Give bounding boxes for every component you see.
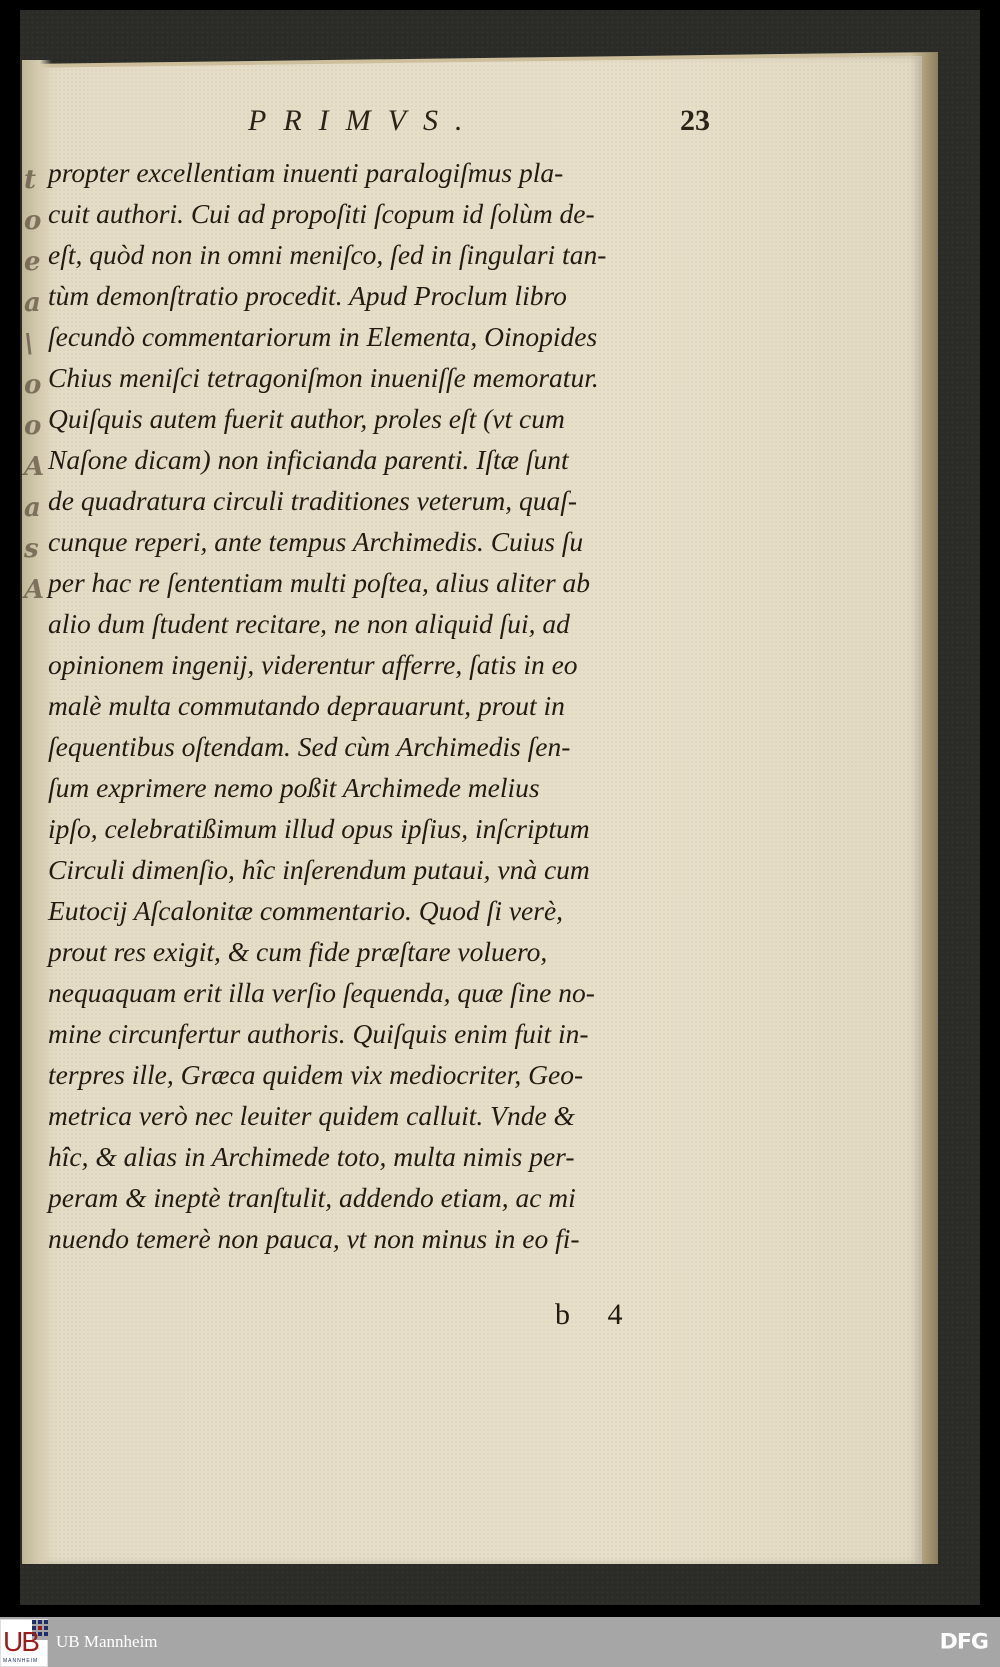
body-text: propter excellentiam inuenti paralogiſmu… — [48, 152, 748, 1259]
text-line: Quiſquis autem fuerit author, proles eſt… — [48, 398, 748, 439]
text-line: Circuli dimenſio, hîc inſerendum putaui,… — [48, 849, 748, 890]
running-head: PRIMVS. — [248, 104, 508, 138]
text-line: nequaquam erit illa verſio ſequenda, quæ… — [48, 972, 748, 1013]
institution-name[interactable]: UB Mannheim — [56, 1632, 158, 1652]
text-line: ſum exprimere nemo poßit Archimede meliu… — [48, 767, 748, 808]
text-line: de quadratura circuli traditiones veteru… — [48, 480, 748, 521]
text-line: alio dum ſtudent recitare, ne non aliqui… — [48, 603, 748, 644]
logo-subtext: MANNHEIM — [3, 1658, 38, 1664]
text-line: ſequentibus oſtendam. Sed cùm Archimedis… — [48, 726, 748, 767]
bleed-char: e — [24, 242, 48, 283]
text-line: ipſo, celebratißimum illud opus ipſius, … — [48, 808, 748, 849]
text-line: cunque reperi, ante tempus Archimedis. C… — [48, 521, 748, 562]
text-line: terpres ille, Græca quidem vix mediocrit… — [48, 1054, 748, 1095]
text-line: metrica verò nec leuiter quidem calluit.… — [48, 1095, 748, 1136]
text-line: tùm demonſtratio procedit. Apud Proclum … — [48, 275, 748, 316]
text-line: eſt, quòd non in omni meniſco, ſed in ſi… — [48, 234, 748, 275]
text-line: ſecundò commentariorum in Elementa, Oino… — [48, 316, 748, 357]
text-line: Chius meniſci tetragoniſmon inueniſſe me… — [48, 357, 748, 398]
viewer-footer-bar: UB MANNHEIM UB Mannheim DFG — [0, 1617, 1000, 1667]
text-line: nuendo temerè non pauca, vt non minus in… — [48, 1218, 748, 1259]
text-line: cuit authori. Cui ad propoſiti ſcopum id… — [48, 193, 748, 234]
text-line: per hac re ſententiam multi poſtea, aliu… — [48, 562, 748, 603]
bleed-char: A — [24, 570, 48, 611]
text-line: hîc, & alias in Archimede toto, multa ni… — [48, 1136, 748, 1177]
bleed-char: o — [24, 365, 48, 406]
bleed-char: a — [24, 488, 48, 529]
logo-ub-text: UB — [3, 1628, 38, 1656]
bleed-char: s — [24, 529, 48, 570]
signature-mark: b 4 — [555, 1298, 623, 1332]
bleed-through-margin: t o e a \ o o A a s A — [24, 160, 48, 611]
bleed-char: t — [24, 160, 48, 201]
text-line: Naſone dicam) non inficianda parenti. Iſ… — [48, 439, 748, 480]
bleed-char: o — [24, 201, 48, 242]
page-number: 23 — [680, 104, 710, 138]
bleed-char: A — [24, 447, 48, 488]
dfg-logo[interactable]: DFG — [940, 1631, 988, 1655]
text-line: Eutocij Aſcalonitæ commentario. Quod ſi … — [48, 890, 748, 931]
bleed-char: \ — [24, 324, 48, 365]
text-line: mine circunfertur authoris. Quiſquis eni… — [48, 1013, 748, 1054]
text-line: peram & ineptè tranſtulit, addendo etiam… — [48, 1177, 748, 1218]
text-line: prout res exigit, & cum fide præſtare vo… — [48, 931, 748, 972]
bleed-char: a — [24, 283, 48, 324]
text-line: malè multa commutando deprauarunt, prout… — [48, 685, 748, 726]
text-line: propter excellentiam inuenti paralogiſmu… — [48, 152, 748, 193]
bleed-char: o — [24, 406, 48, 447]
text-line: opinionem ingenij, viderentur afferre, ſ… — [48, 644, 748, 685]
ub-mannheim-logo[interactable]: UB MANNHEIM — [0, 1619, 48, 1667]
